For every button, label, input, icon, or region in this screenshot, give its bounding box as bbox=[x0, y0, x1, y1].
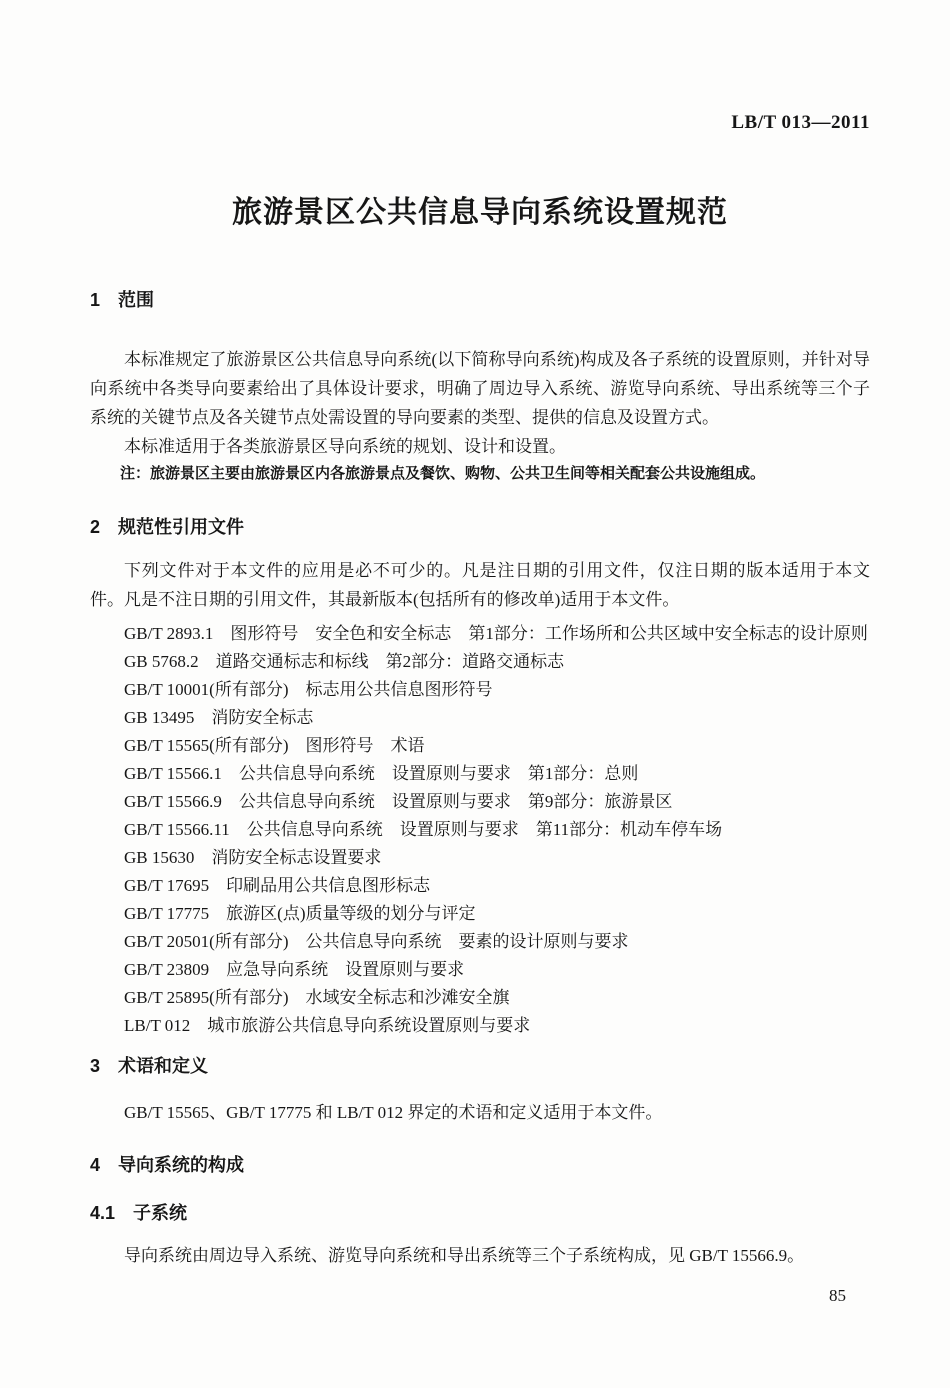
reference-item: GB/T 15566.11 公共信息导向系统 设置原则与要求 第11部分：机动车… bbox=[90, 816, 870, 844]
page-content: LB/T 013—2011 旅游景区公共信息导向系统设置规范 1 范围 本标准规… bbox=[0, 0, 950, 1270]
reference-item: GB/T 17695 印刷品用公共信息图形标志 bbox=[90, 872, 870, 900]
standard-code: LB/T 013—2011 bbox=[90, 0, 870, 134]
reference-item: GB/T 25895(所有部分) 水域安全标志和沙滩安全旗 bbox=[90, 984, 870, 1012]
composition-paragraph: 导向系统由周边导入系统、游览导向系统和导出系统等三个子系统构成，见 GB/T 1… bbox=[90, 1241, 870, 1270]
reference-item: GB 5768.2 道路交通标志和标线 第2部分：道路交通标志 bbox=[90, 648, 870, 676]
reference-item: GB/T 23809 应急导向系统 设置原则与要求 bbox=[90, 956, 870, 984]
reference-item: GB 15630 消防安全标志设置要求 bbox=[90, 844, 870, 872]
page-number: 85 bbox=[829, 1286, 846, 1306]
scope-paragraph-1: 本标准规定了旅游景区公共信息导向系统(以下简称导向系统)构成及各子系统的设置原则… bbox=[90, 345, 870, 432]
subsection-heading-subsystem: 4.1 子系统 bbox=[90, 1201, 870, 1225]
scope-note: 注：旅游景区主要由旅游景区内各旅游景点及餐饮、购物、公共卫生间等相关配套公共设施… bbox=[90, 462, 870, 487]
reference-item: GB/T 2893.1 图形符号 安全色和安全标志 第1部分：工作场所和公共区域… bbox=[90, 620, 870, 648]
document-page: LB/T 013—2011 旅游景区公共信息导向系统设置规范 1 范围 本标准规… bbox=[0, 0, 950, 1388]
section-heading-terms: 3 术语和定义 bbox=[90, 1054, 870, 1078]
page-title: 旅游景区公共信息导向系统设置规范 bbox=[90, 192, 870, 234]
reference-item: GB/T 15566.1 公共信息导向系统 设置原则与要求 第1部分：总则 bbox=[90, 760, 870, 788]
references-list: GB/T 2893.1 图形符号 安全色和安全标志 第1部分：工作场所和公共区域… bbox=[90, 620, 870, 1040]
section-heading-references: 2 规范性引用文件 bbox=[90, 515, 870, 539]
reference-item: GB/T 15566.9 公共信息导向系统 设置原则与要求 第9部分：旅游景区 bbox=[90, 788, 870, 816]
references-intro: 下列文件对于本文件的应用是必不可少的。凡是注日期的引用文件，仅注日期的版本适用于… bbox=[90, 556, 870, 614]
section-heading-scope: 1 范围 bbox=[90, 288, 870, 312]
scope-paragraph-2: 本标准适用于各类旅游景区导向系统的规划、设计和设置。 bbox=[90, 432, 870, 461]
reference-item: GB/T 17775 旅游区(点)质量等级的划分与评定 bbox=[90, 900, 870, 928]
reference-item: LB/T 012 城市旅游公共信息导向系统设置原则与要求 bbox=[90, 1012, 870, 1040]
terms-paragraph: GB/T 15565、GB/T 17775 和 LB/T 012 界定的术语和定… bbox=[90, 1098, 870, 1127]
reference-item: GB/T 15565(所有部分) 图形符号 术语 bbox=[90, 732, 870, 760]
reference-item: GB 13495 消防安全标志 bbox=[90, 704, 870, 732]
section-heading-composition: 4 导向系统的构成 bbox=[90, 1153, 870, 1177]
reference-item: GB/T 10001(所有部分) 标志用公共信息图形符号 bbox=[90, 676, 870, 704]
reference-item: GB/T 20501(所有部分) 公共信息导向系统 要素的设计原则与要求 bbox=[90, 928, 870, 956]
